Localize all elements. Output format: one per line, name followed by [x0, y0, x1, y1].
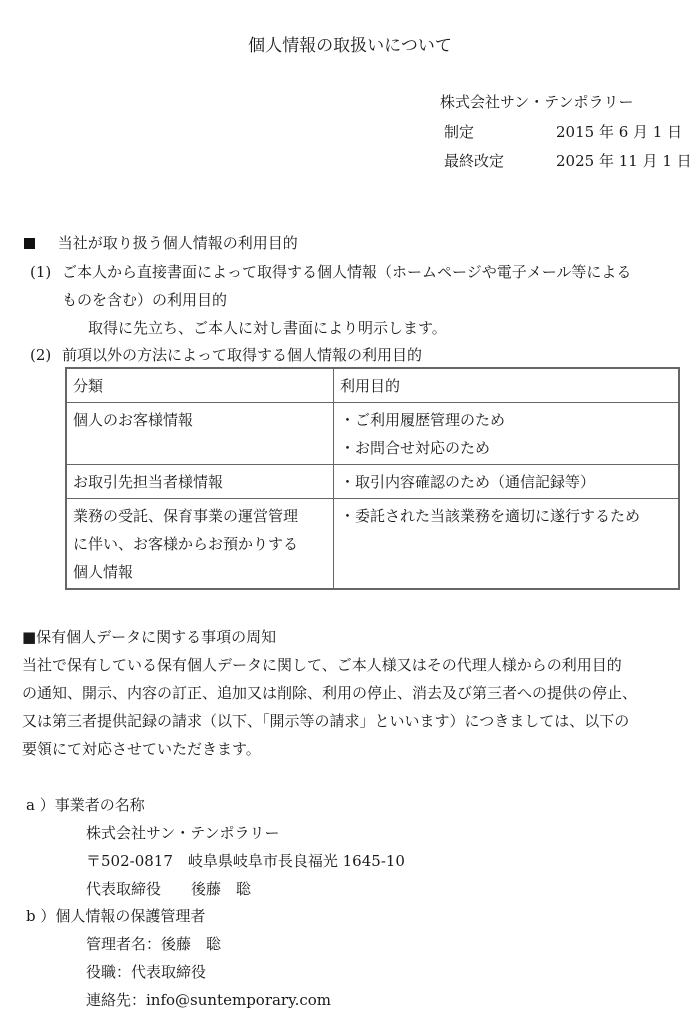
section2-body-line: 当社で保有している保有個人データに関して、ご本人様又はその代理人様からの利用目的 — [22, 655, 622, 675]
item-b-contact: 連絡先：info@suntemporary.com — [86, 990, 331, 1010]
item1-detail: 取得に先立ち、ご本人に対し書面により明示します。 — [88, 318, 447, 338]
item2-text: 前項以外の方法によって取得する個人情報の利用目的 — [62, 345, 422, 365]
section2-body-line: の通知、開示、内容の訂正、追加又は削除、利用の停止、消去及び第三者への提供の停止… — [22, 683, 637, 703]
item-b-role: 役職：代表取締役 — [86, 962, 206, 982]
table-header-row: 分類 利用目的 — [66, 368, 679, 403]
section2-body-line: 又は第三者提供記録の請求（以下、「開示等の請求」といいます）につきましては、以下… — [22, 711, 629, 731]
revised-label: 最終改定 — [444, 151, 504, 171]
table-row: お取引先担当者様情報 ・取引内容確認のため（通信記録等） — [66, 465, 679, 499]
company-name: 株式会社サン・テンポラリー — [440, 92, 634, 112]
established-date: 2015 年 6 月 1 日 — [556, 122, 682, 142]
item1-number: (1) — [30, 262, 51, 282]
row-purpose: ・ご利用履歴管理のため ・お問合せ対応のため — [334, 403, 680, 465]
established-label: 制定 — [444, 122, 474, 142]
item-b-manager: 管理者名：後藤 聡 — [86, 934, 221, 954]
header-purpose: 利用目的 — [334, 368, 680, 403]
item-a-address: 〒502-0817 岐阜県岐阜市長良福光 1645-10 — [86, 851, 405, 871]
row-category: 業務の受託、保育事業の運営管理 に伴い、お客様からお預かりする 個人情報 — [66, 499, 334, 590]
item1-line1: ご本人から直接書面によって取得する個人情報（ホームページや電子メール等による — [62, 262, 631, 282]
section1-heading: 当社が取り扱う個人情報の利用目的 — [24, 233, 298, 253]
section2-body-line: 要領にて対応させていただきます。 — [22, 739, 261, 759]
revised-date: 2025 年 11 月 1 日 — [556, 151, 692, 171]
item-a-label: a ）事業者の名称 — [26, 795, 145, 815]
item-a-company: 株式会社サン・テンポラリー — [86, 823, 280, 843]
purpose-table: 分類 利用目的 個人のお客様情報 ・ご利用履歴管理のため ・お問合せ対応のため … — [65, 367, 680, 590]
table-row: 業務の受託、保育事業の運営管理 に伴い、お客様からお預かりする 個人情報 ・委託… — [66, 499, 679, 590]
item-a-representative: 代表取締役 後藤 聡 — [86, 879, 251, 899]
row-purpose: ・委託された当該業務を適切に遂行するため — [334, 499, 680, 590]
row-category: お取引先担当者様情報 — [66, 465, 334, 499]
item-b-label: b ）個人情報の保護管理者 — [26, 906, 205, 926]
row-purpose: ・取引内容確認のため（通信記録等） — [334, 465, 680, 499]
square-bullet-icon — [24, 238, 35, 249]
table-row: 個人のお客様情報 ・ご利用履歴管理のため ・お問合せ対応のため — [66, 403, 679, 465]
header-category: 分類 — [66, 368, 334, 403]
document-title: 個人情報の取扱いについて — [0, 36, 700, 56]
item1-line2: ものを含む）の利用目的 — [62, 290, 227, 310]
row-category: 個人のお客様情報 — [66, 403, 334, 465]
item2-number: (2) — [30, 345, 51, 365]
section2-heading: ■保有個人データに関する事項の周知 — [22, 627, 276, 647]
